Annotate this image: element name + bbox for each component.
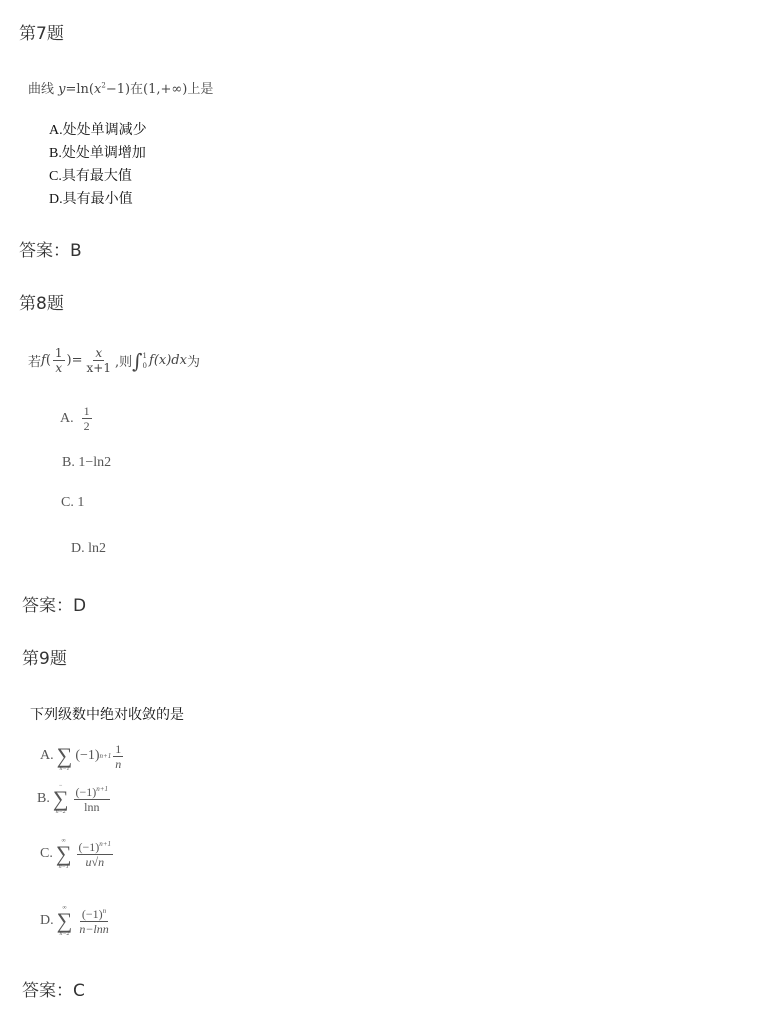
stem-text: 为 (187, 351, 200, 370)
exponent: n+1 (100, 752, 112, 760)
numerator: 1 (82, 405, 92, 419)
stem-text: 若 (28, 351, 41, 370)
option-c: C.具有最大值 (49, 165, 147, 188)
option-letter: C. (49, 169, 62, 184)
sigma-icon: ∑ (57, 746, 73, 766)
question-7-answer: 答案：B (19, 236, 82, 261)
stem-text: −1)在(1,+∞)上是 (106, 82, 214, 97)
option-letter: B. (62, 455, 75, 470)
integrand: f(x)dx (149, 353, 187, 368)
denominator: x (53, 361, 64, 374)
option-c: C. 1 (61, 495, 84, 511)
option-d: D. ∞∑n=2 (−1)nn−lnn (40, 905, 113, 937)
option-letter: D. (49, 192, 63, 207)
summation: ∞∑n=2 (57, 905, 73, 937)
question-9-stem: 下列级数中绝对收敛的是 (30, 704, 184, 724)
option-letter: A. (40, 748, 54, 764)
option-a: A.处处单调减少 (49, 119, 147, 142)
option-text: 1 (77, 495, 84, 510)
paren: ( (46, 353, 51, 368)
option-c: C. ∞∑n=1 (−1)n+1u√n (40, 838, 115, 870)
exponent: n (103, 907, 107, 915)
question-8-heading: 第8题 (19, 289, 64, 314)
denominator: x+1 (85, 361, 113, 374)
summation: −∑n=2 (53, 783, 69, 815)
question-7-options: A.处处单调减少 B.处处单调增加 C.具有最大值 D.具有最小值 (49, 119, 147, 211)
option-letter: B. (37, 791, 50, 807)
stem-text: ,则 (115, 351, 132, 370)
denominator: lnn (82, 800, 101, 813)
numerator: 1 (113, 743, 123, 757)
sum-lower: n=1 (59, 864, 69, 870)
option-text: 处处单调减少 (63, 122, 147, 138)
option-a: A. ∑n=1 (−1)n+1 1n (40, 740, 125, 772)
option-letter: C. (61, 495, 74, 510)
lower-bound: 0 (143, 361, 147, 371)
term: (−1) (75, 748, 99, 764)
denominator: n−lnn (77, 922, 110, 935)
denominator: n (113, 757, 123, 770)
question-9-heading: 第9题 (22, 644, 67, 669)
exponent: n+1 (96, 785, 108, 793)
upper-bound: 1 (143, 351, 147, 361)
stem-text: )= (67, 353, 83, 368)
question-7-heading: 第7题 (19, 19, 64, 44)
numerator: x (93, 347, 104, 361)
option-text: ln2 (88, 541, 106, 556)
option-b: B. 1−ln2 (62, 455, 111, 471)
option-text: 1−ln2 (78, 455, 111, 470)
question-8-stem: 若 f ( 1x )= xx+1 ,则 ∫ 1 0 f(x)dx 为 (28, 347, 200, 374)
numerator: 1 (53, 347, 65, 361)
fraction: (−1)n+1lnn (74, 786, 111, 813)
option-letter: C. (40, 846, 53, 862)
summation: ∑n=1 (57, 740, 73, 772)
exponent: n+1 (99, 840, 111, 848)
option-a: A. 12 (60, 405, 94, 432)
option-d: D. ln2 (71, 541, 106, 557)
option-text: 具有最大值 (62, 168, 132, 184)
option-letter: D. (40, 913, 54, 929)
fraction-one-half: 12 (82, 405, 92, 432)
var-y: y (58, 82, 65, 97)
integral-sign: ∫ (132, 349, 142, 373)
numerator: (−1) (76, 785, 97, 799)
option-letter: A. (49, 123, 63, 138)
fraction: (−1)nn−lnn (77, 908, 110, 935)
sigma-icon: ∑ (56, 844, 72, 864)
question-7-stem: 曲线 y=ln(x2−1)在(1,+∞)上是 (28, 78, 213, 97)
fraction: (−1)n+1u√n (77, 841, 114, 868)
question-8-answer: 答案：D (22, 591, 86, 616)
sigma-icon: ∑ (57, 911, 73, 931)
option-text: 具有最小值 (63, 191, 133, 207)
option-b: B. −∑n=2 (−1)n+1lnn (37, 783, 112, 815)
sigma-icon: ∑ (53, 789, 69, 809)
sum-lower: n=2 (59, 931, 69, 937)
denominator: 2 (82, 419, 92, 432)
sum-lower: n=2 (56, 809, 66, 815)
stem-text: =ln( (66, 82, 95, 97)
option-letter: D. (71, 541, 85, 556)
option-text: 处处单调增加 (62, 145, 146, 161)
numerator: (−1) (79, 840, 100, 854)
summation: ∞∑n=1 (56, 838, 72, 870)
stem-text: 曲线 (28, 82, 58, 97)
fraction-1-over-x: 1x (53, 347, 65, 374)
option-letter: A. (60, 411, 74, 427)
fraction: 1n (113, 743, 123, 770)
option-b: B.处处单调增加 (49, 142, 147, 165)
integral: ∫ 1 0 (132, 349, 149, 373)
option-d: D.具有最小值 (49, 188, 147, 211)
option-letter: B. (49, 146, 62, 161)
denominator: u√n (83, 855, 106, 868)
sum-lower: n=1 (59, 766, 69, 772)
numerator: (−1) (82, 907, 103, 921)
fraction-x-over-x-plus-1: xx+1 (85, 347, 113, 374)
question-9-answer: 答案：C (22, 976, 85, 1001)
integral-bounds: 1 0 (143, 351, 147, 371)
